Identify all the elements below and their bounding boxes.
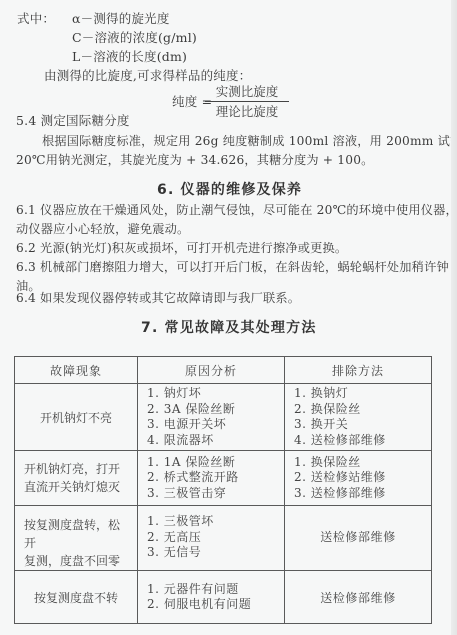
cause-item: 4. 限流器坏 bbox=[147, 433, 278, 449]
table-row: 按复测度盘转，松开 复测，度盘不回零 1. 三极管坏 2. 无高压 3. 无信号… bbox=[15, 506, 432, 571]
symptom-cell: 开机钠灯不亮 bbox=[15, 384, 138, 451]
remedy-item: 2. 送检修站维修 bbox=[294, 470, 425, 486]
fault-table: 故障现象 原因分析 排除方法 开机钠灯不亮 1. 钠灯坏 2. 3A 保险丝断 … bbox=[14, 356, 432, 624]
symptom-text: 按复测度盘不转 bbox=[34, 591, 118, 605]
section-5-4-title: 5.4 测定国际糖分度 bbox=[16, 113, 130, 129]
remedy-cell: 1. 换钠灯 2. 换保险丝 3. 换开关 4. 送检修部维修 bbox=[285, 384, 432, 451]
section-6-item-1-line1: 6.1 仪器应放在干燥通风处，防止潮气侵蚀，尽可能在 20℃的环境中使用仪器，搬 bbox=[16, 202, 457, 218]
remedy-cell: 送检修部维修 bbox=[285, 571, 432, 624]
cause-cell: 1. 钠灯坏 2. 3A 保险丝断 3. 电源开关坏 4. 限流器坏 bbox=[138, 384, 285, 451]
cause-item: 1. 三极管坏 bbox=[147, 514, 278, 530]
cause-cell: 1. 元器件有问题 2. 伺服电机有问题 bbox=[138, 571, 285, 624]
cause-item: 1. 钠灯坏 bbox=[147, 386, 278, 402]
table-row: 按复测度盘不转 1. 元器件有问题 2. 伺服电机有问题 送检修部维修 bbox=[15, 571, 432, 624]
remedy-item: 送检修部维修 bbox=[320, 591, 396, 605]
cause-cell: 1. 1A 保险丝断 2. 桥式整流开路 3. 三极管击穿 bbox=[138, 451, 285, 506]
legend-label: 式中： bbox=[17, 11, 55, 27]
remedy-item: 2. 换保险丝 bbox=[294, 402, 425, 418]
section-6-item-2: 6.2 光源(钠光灯)积灰或损坏，可打开机壳进行擦净或更换。 bbox=[16, 240, 347, 256]
symptom-text: 直流开关钠灯熄灭 bbox=[24, 478, 131, 496]
section-6-heading: 6. 仪器的维修及保养 bbox=[157, 179, 302, 199]
symptom-cell: 按复测度盘转，松开 复测，度盘不回零 bbox=[15, 506, 138, 571]
remedy-item: 1. 换钠灯 bbox=[294, 386, 425, 402]
symptom-cell: 按复测度盘不转 bbox=[15, 571, 138, 624]
table-row: 开机钠灯不亮 1. 钠灯坏 2. 3A 保险丝断 3. 电源开关坏 4. 限流器… bbox=[15, 384, 432, 451]
legend-item-concentration: C－溶液的浓度(g/ml) bbox=[72, 30, 197, 46]
remedy-item: 3. 送检修部维修 bbox=[294, 486, 425, 502]
remedy-cell: 1. 换保险丝 2. 送检修站维修 3. 送检修部维修 bbox=[285, 451, 432, 506]
remedy-cell: 送检修部维修 bbox=[285, 506, 432, 571]
legend-item-alpha: α－测得的旋光度 bbox=[72, 11, 170, 27]
cause-cell: 1. 三极管坏 2. 无高压 3. 无信号 bbox=[138, 506, 285, 571]
section-6-item-4: 6.4 如果发现仪器停转或其它故障请即与我厂联系。 bbox=[16, 290, 300, 306]
remedy-item: 1. 换保险丝 bbox=[294, 455, 425, 471]
cause-item: 2. 无高压 bbox=[147, 530, 278, 546]
fault-table-header-row: 故障现象 原因分析 排除方法 bbox=[15, 357, 432, 384]
cause-item: 2. 3A 保险丝断 bbox=[147, 402, 278, 418]
cause-item: 3. 无信号 bbox=[147, 545, 278, 561]
cause-item: 2. 桥式整流开路 bbox=[147, 470, 278, 486]
purity-formula-numerator: 实测比旋度 bbox=[205, 83, 289, 102]
section-6-item-1-line2: 动仪器应小心轻放，避免震动。 bbox=[16, 221, 189, 237]
symptom-text: 开机钠灯亮，打开 bbox=[24, 460, 131, 478]
header-remedy: 排除方法 bbox=[285, 357, 432, 384]
section-6-item-3-line1: 6.3 机械部门磨擦阻力增大，可以打开后门板，在斜齿轮，蜗轮蜗杆处加稍许钟 bbox=[16, 259, 449, 275]
cause-item: 2. 伺服电机有问题 bbox=[147, 597, 278, 613]
document-page: 式中： α－测得的旋光度 C－溶液的浓度(g/ml) L－溶液的长度(dm) 由… bbox=[0, 0, 457, 635]
section-7-heading: 7. 常见故障及其处理方法 bbox=[141, 317, 317, 337]
symptom-text: 开机钠灯不亮 bbox=[40, 411, 112, 425]
purity-intro: 由测得的比旋度,可求得样品的纯度： bbox=[44, 68, 251, 84]
remedy-item: 4. 送检修部维修 bbox=[294, 433, 425, 449]
symptom-text: 按复测度盘转，松开 bbox=[24, 516, 131, 552]
cause-item: 1. 元器件有问题 bbox=[147, 582, 278, 598]
legend-item-length: L－溶液的长度(dm) bbox=[72, 49, 187, 65]
purity-formula-denominator: 理论比旋度 bbox=[205, 102, 289, 120]
remedy-item: 送检修部维修 bbox=[320, 530, 396, 544]
table-row: 开机钠灯亮，打开 直流开关钠灯熄灭 1. 1A 保险丝断 2. 桥式整流开路 3… bbox=[15, 451, 432, 506]
header-symptom: 故障现象 bbox=[15, 357, 138, 384]
remedy-item: 3. 换开关 bbox=[294, 417, 425, 433]
purity-formula-fraction: 实测比旋度 理论比旋度 bbox=[205, 83, 289, 120]
symptom-cell: 开机钠灯亮，打开 直流开关钠灯熄灭 bbox=[15, 451, 138, 506]
cause-item: 3. 电源开关坏 bbox=[147, 417, 278, 433]
symptom-text: 复测，度盘不回零 bbox=[24, 552, 131, 570]
header-cause: 原因分析 bbox=[138, 357, 285, 384]
cause-item: 1. 1A 保险丝断 bbox=[147, 455, 278, 471]
scan-edge-strip bbox=[451, 0, 457, 635]
section-5-4-para-line1: 根据国际糖度标准，规定用 26g 纯度糖制成 100ml 溶液，用 200mm … bbox=[42, 133, 457, 149]
section-5-4-para-line2: 20℃用钠光测定，其旋光度为 + 34.626，其糖分度为 + 100。 bbox=[16, 152, 374, 168]
cause-item: 3. 三极管击穿 bbox=[147, 486, 278, 502]
